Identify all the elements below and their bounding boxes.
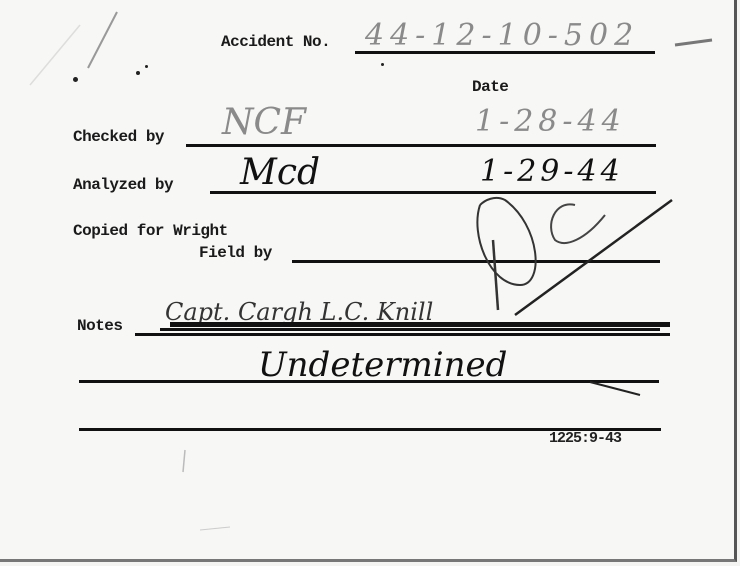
ink-speck bbox=[136, 71, 140, 75]
checked-by-initials: NCF bbox=[222, 102, 306, 143]
accident-no-value: 44-12-10-502 bbox=[365, 18, 639, 53]
checked-by-label: Checked by bbox=[73, 128, 164, 146]
copied-label-line1: Copied for Wright bbox=[73, 222, 228, 240]
checked-by-underline bbox=[186, 144, 656, 147]
notes-strikethrough-2 bbox=[160, 328, 660, 331]
form-number: 1225:9-43 bbox=[549, 430, 621, 447]
analyzed-by-date: 1-29-44 bbox=[480, 154, 624, 189]
notes-label: Notes bbox=[77, 317, 123, 335]
copied-by-underline bbox=[292, 260, 660, 263]
accident-record-card: Accident No. 44-12-10-502 Date Checked b… bbox=[0, 0, 737, 562]
ink-speck bbox=[145, 65, 148, 68]
handwritten-dc-mark bbox=[0, 0, 740, 566]
accident-no-label: Accident No. bbox=[221, 33, 330, 51]
analyzed-by-label: Analyzed by bbox=[73, 176, 173, 194]
date-header: Date bbox=[472, 78, 508, 96]
checked-by-date: 1-28-44 bbox=[475, 104, 626, 139]
analyzed-by-initials: Mcd bbox=[240, 152, 320, 193]
notes-strikethrough bbox=[170, 322, 670, 327]
ink-speck bbox=[73, 77, 78, 82]
ink-speck bbox=[381, 63, 384, 66]
copied-label-line2: Field by bbox=[199, 244, 272, 262]
notes-underline-1 bbox=[135, 333, 670, 336]
notes-value: Undetermined bbox=[258, 345, 507, 385]
